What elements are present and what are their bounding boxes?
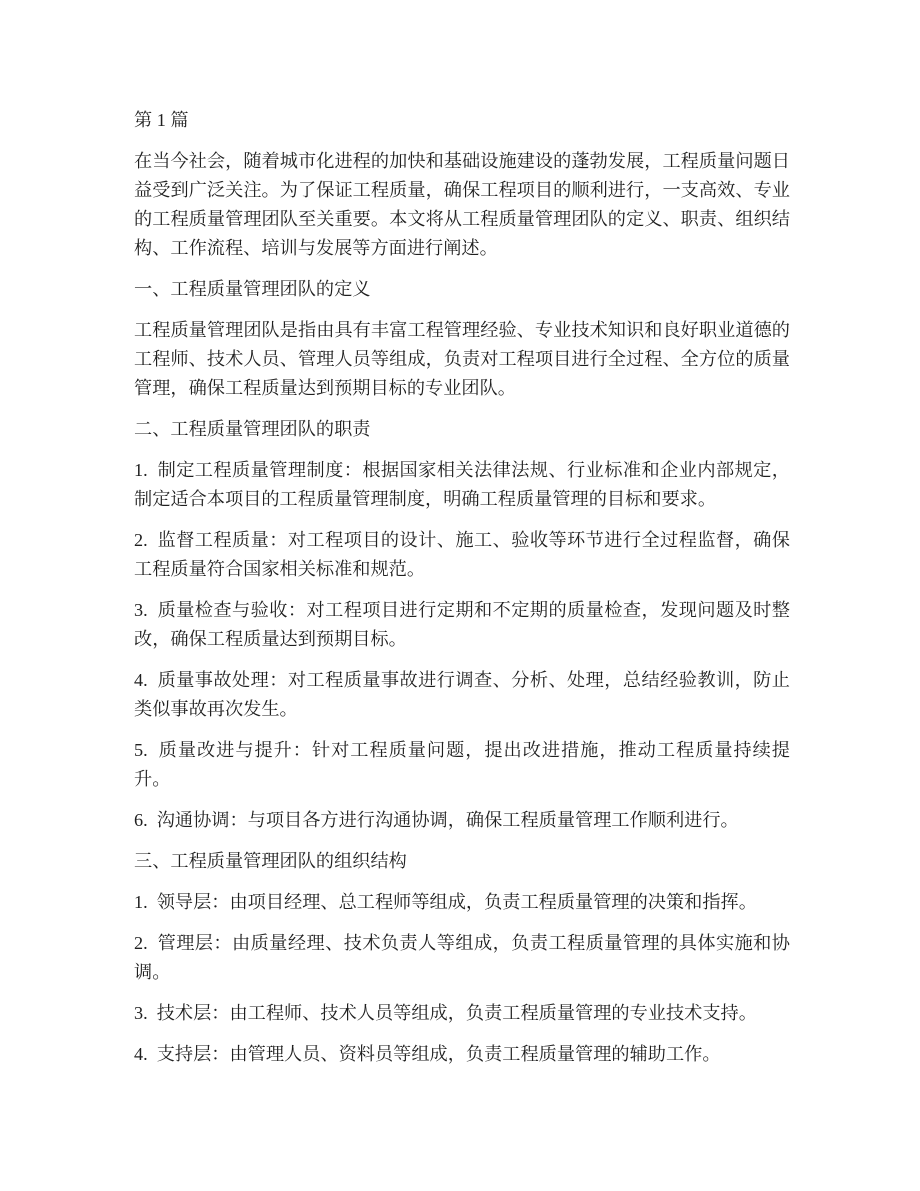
intro-paragraph: 在当今社会，随着城市化进程的加快和基础设施建设的蓬勃发展，工程质量问题日益受到广… (134, 147, 790, 263)
list-item: 3. 技术层：由工程师、技术人员等组成，负责工程质量管理的专业技术支持。 (134, 999, 790, 1028)
list-item: 2. 监督工程质量：对工程项目的设计、施工、验收等环节进行全过程监督，确保工程质… (134, 526, 790, 584)
list-item: 5. 质量改进与提升：针对工程质量问题，提出改进措施，推动工程质量持续提升。 (134, 736, 790, 794)
list-item: 1. 制定工程质量管理制度：根据国家相关法律法规、行业标准和企业内部规定，制定适… (134, 456, 790, 514)
document-body: 第 1 篇 在当今社会，随着城市化进程的加快和基础设施建设的蓬勃发展，工程质量问… (134, 106, 790, 1081)
list-item: 4. 支持层：由管理人员、资料员等组成，负责工程质量管理的辅助工作。 (134, 1040, 790, 1069)
definition-paragraph: 工程质量管理团队是指由具有丰富工程管理经验、专业技术知识和良好职业道德的工程师、… (134, 316, 790, 403)
list-item: 4. 质量事故处理：对工程质量事故进行调查、分析、处理，总结经验教训，防止类似事… (134, 666, 790, 724)
section-heading-2: 二、工程质量管理团队的职责 (134, 415, 790, 444)
document-page: 第 1 篇 在当今社会，随着城市化进程的加快和基础设施建设的蓬勃发展，工程质量问… (0, 0, 920, 1191)
list-item: 3. 质量检查与验收：对工程项目进行定期和不定期的质量检查，发现问题及时整改，确… (134, 596, 790, 654)
chapter-title: 第 1 篇 (134, 106, 790, 135)
section-heading-1: 一、工程质量管理团队的定义 (134, 275, 790, 304)
list-item: 1. 领导层：由项目经理、总工程师等组成，负责工程质量管理的决策和指挥。 (134, 888, 790, 917)
list-item: 2. 管理层：由质量经理、技术负责人等组成，负责工程质量管理的具体实施和协调。 (134, 929, 790, 987)
list-item: 6. 沟通协调：与项目各方进行沟通协调，确保工程质量管理工作顺利进行。 (134, 806, 790, 835)
section-heading-3: 三、工程质量管理团队的组织结构 (134, 847, 790, 876)
